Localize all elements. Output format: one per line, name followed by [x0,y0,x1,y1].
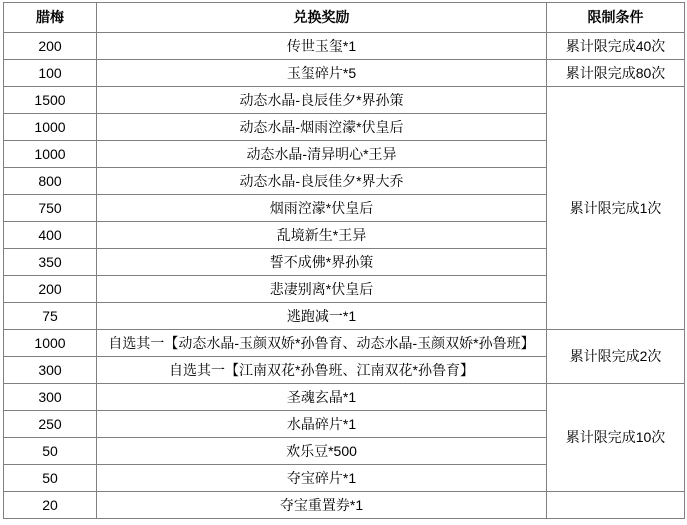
table-row: 300圣魂玄晶*1累计限完成10次 [4,384,685,411]
cost-cell: 200 [4,276,97,303]
reward-cell: 传世玉玺*1 [97,33,547,60]
exchange-table-container: 腊梅 兑换奖励 限制条件 200传世玉玺*1累计限完成40次100玉玺碎片*5累… [0,0,687,522]
cost-cell: 300 [4,357,97,384]
limit-cell: 累计限完成2次 [547,330,685,384]
limit-cell: 累计限完成10次 [547,384,685,492]
limit-cell: 累计限完成80次 [547,60,685,87]
table-row: 1000自选其一【动态水晶-玉颜双娇*孙鲁育、动态水晶-玉颜双娇*孙鲁班】累计限… [4,330,685,357]
cost-cell: 400 [4,222,97,249]
reward-cell: 夺宝重置券*1 [97,492,547,519]
reward-cell: 逃跑减一*1 [97,303,547,330]
cost-cell: 50 [4,465,97,492]
cost-cell: 750 [4,195,97,222]
reward-cell: 誓不成佛*界孙策 [97,249,547,276]
reward-cell: 乱境新生*王异 [97,222,547,249]
table-row: 20夺宝重置券*1 [4,492,685,519]
reward-cell: 动态水晶-清异明心*王异 [97,141,547,168]
limit-cell [547,492,685,519]
cost-cell: 75 [4,303,97,330]
reward-cell: 水晶碎片*1 [97,411,547,438]
reward-cell: 烟雨涳濛*伏皇后 [97,195,547,222]
cost-cell: 300 [4,384,97,411]
limit-cell: 累计限完成40次 [547,33,685,60]
cost-cell: 100 [4,60,97,87]
reward-cell: 圣魂玄晶*1 [97,384,547,411]
table-row: 100玉玺碎片*5累计限完成80次 [4,60,685,87]
reward-cell: 玉玺碎片*5 [97,60,547,87]
table-row: 200传世玉玺*1累计限完成40次 [4,33,685,60]
cost-cell: 1000 [4,330,97,357]
cost-cell: 1500 [4,87,97,114]
exchange-reward-table: 腊梅 兑换奖励 限制条件 200传世玉玺*1累计限完成40次100玉玺碎片*5累… [3,2,685,519]
reward-cell: 夺宝碎片*1 [97,465,547,492]
reward-cell: 自选其一【江南双花*孙鲁班、江南双花*孙鲁育】 [97,357,547,384]
reward-cell: 欢乐豆*500 [97,438,547,465]
reward-cell: 悲凄别离*伏皇后 [97,276,547,303]
column-header-reward: 兑换奖励 [97,3,547,33]
reward-cell: 自选其一【动态水晶-玉颜双娇*孙鲁育、动态水晶-玉颜双娇*孙鲁班】 [97,330,547,357]
table-row: 1500动态水晶-良辰佳夕*界孙策累计限完成1次 [4,87,685,114]
table-header-row: 腊梅 兑换奖励 限制条件 [4,3,685,33]
reward-cell: 动态水晶-良辰佳夕*界孙策 [97,87,547,114]
column-header-limit: 限制条件 [547,3,685,33]
cost-cell: 20 [4,492,97,519]
table-body: 200传世玉玺*1累计限完成40次100玉玺碎片*5累计限完成80次1500动态… [4,33,685,519]
cost-cell: 250 [4,411,97,438]
cost-cell: 350 [4,249,97,276]
limit-cell: 累计限完成1次 [547,87,685,330]
column-header-cost: 腊梅 [4,3,97,33]
cost-cell: 800 [4,168,97,195]
cost-cell: 50 [4,438,97,465]
cost-cell: 1000 [4,114,97,141]
cost-cell: 200 [4,33,97,60]
cost-cell: 1000 [4,141,97,168]
reward-cell: 动态水晶-良辰佳夕*界大乔 [97,168,547,195]
reward-cell: 动态水晶-烟雨涳濛*伏皇后 [97,114,547,141]
